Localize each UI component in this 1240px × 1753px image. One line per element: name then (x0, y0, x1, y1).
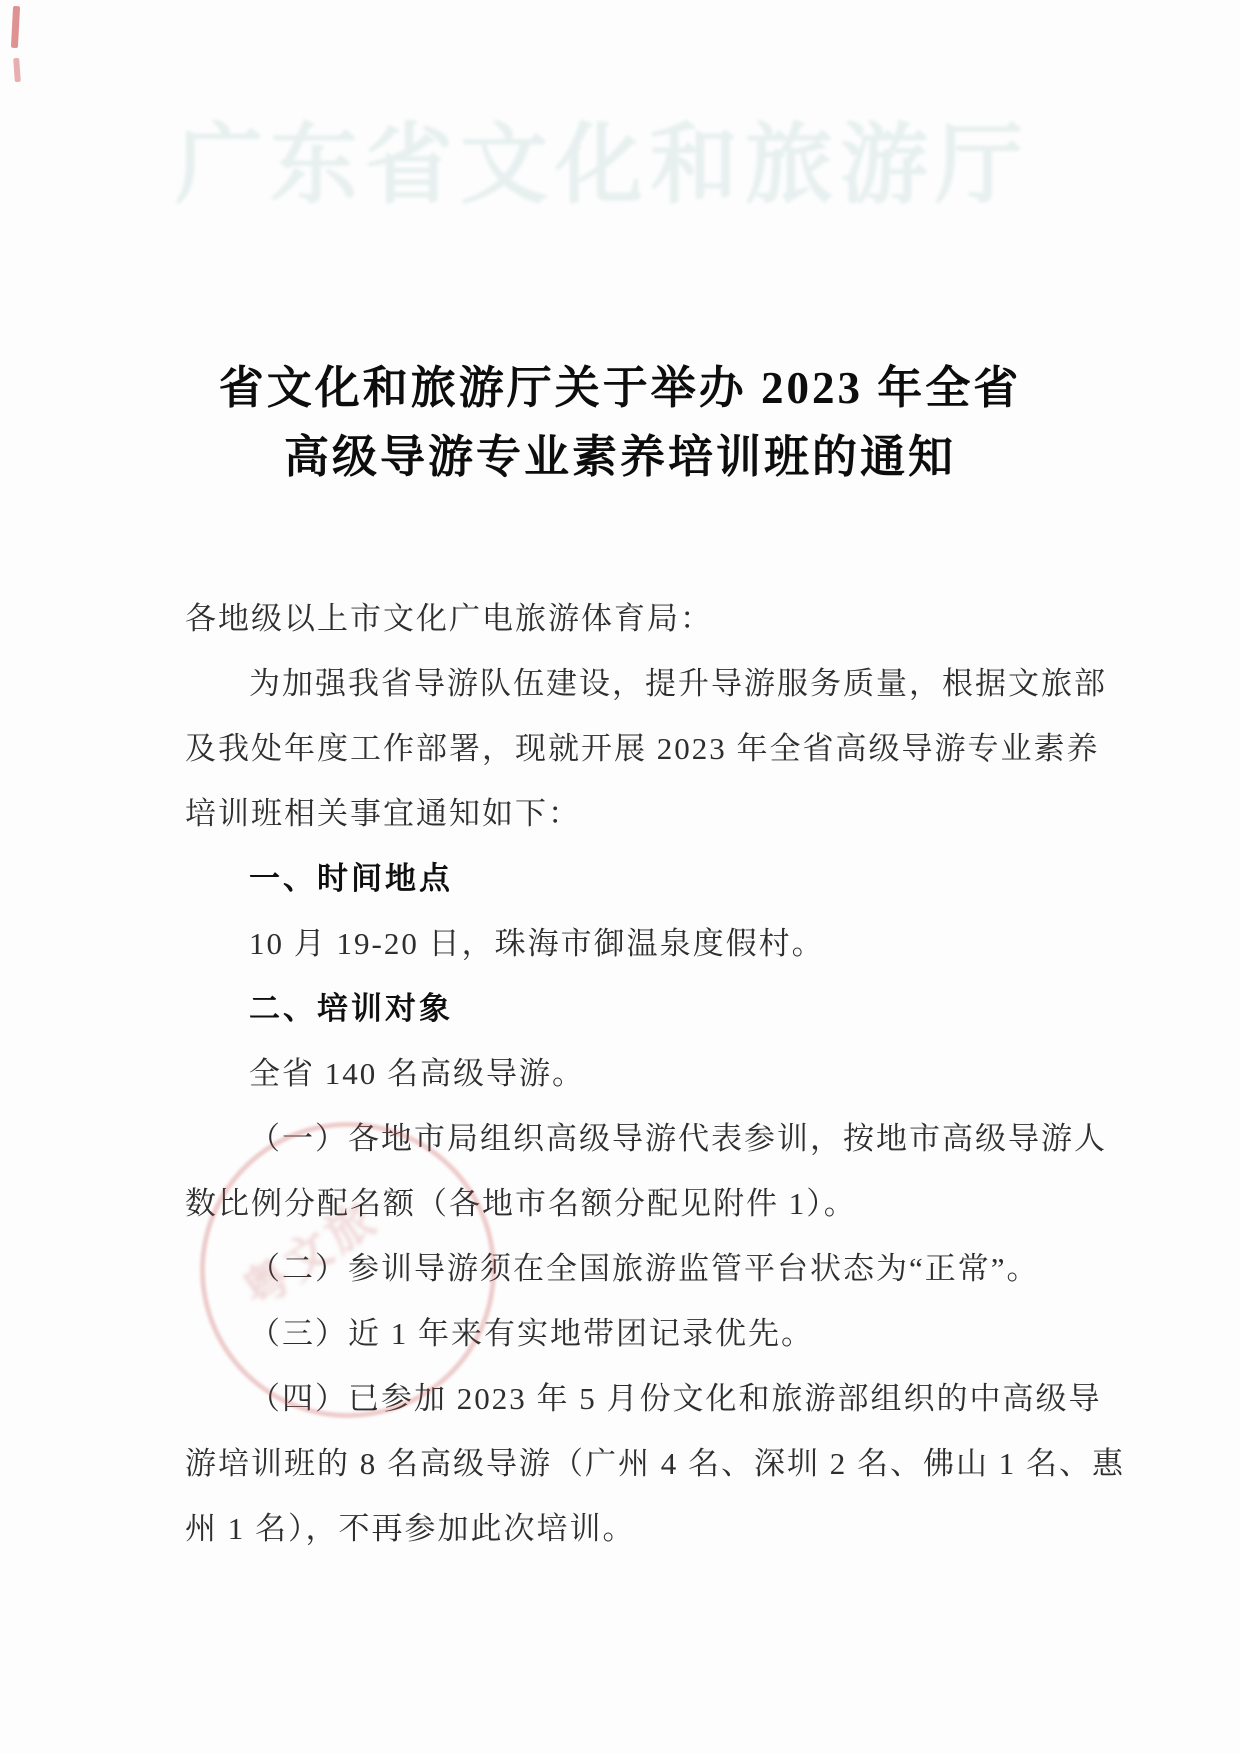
scan-artifact-mark (11, 6, 20, 48)
letterhead-watermark: 广东省文化和旅游厅 (175, 95, 1005, 221)
document-page: 广东省文化和旅游厅 省文化和旅游厅关于举办 2023 年全省 高级导游专业素养培… (0, 0, 1240, 1753)
list-item-2-line: （二）参训导游须在全国旅游监管平台状态为“正常”。 (185, 1233, 1065, 1298)
list-item-1-line: 数比例分配名额（各地市名额分配见附件 1）。 (185, 1168, 1065, 1233)
intro-paragraph-line: 培训班相关事宜通知如下： (185, 778, 1065, 843)
section-time-location-line: 10 月 19-20 日，珠海市御温泉度假村。 (185, 908, 1065, 973)
notice-title-line-1: 省文化和旅游厅关于举办 2023 年全省 (90, 354, 1150, 423)
list-item-4-line: （四）已参加 2023 年 5 月份文化和旅游部组织的中高级导 (185, 1363, 1065, 1428)
notice-title-line-2: 高级导游专业素养培训班的通知 (90, 423, 1150, 492)
list-item-1-line: （一）各地市局组织高级导游代表参训，按地市高级导游人 (185, 1103, 1065, 1168)
salutation-line: 各地级以上市文化广电旅游体育局： (185, 583, 1065, 648)
section-trainees-line: 全省 140 名高级导游。 (185, 1038, 1065, 1103)
section-heading-trainees: 二、培训对象 (185, 973, 1065, 1038)
notice-body: 各地级以上市文化广电旅游体育局： 为加强我省导游队伍建设，提升导游服务质量，根据… (185, 583, 1065, 1558)
list-item-4-line: 州 1 名），不再参加此次培训。 (185, 1493, 1065, 1558)
intro-paragraph-line: 及我处年度工作部署，现就开展 2023 年全省高级导游专业素养 (185, 713, 1065, 778)
section-heading-time-location: 一、时间地点 (185, 843, 1065, 908)
scan-artifact-mark (13, 58, 21, 82)
list-item-4-line: 游培训班的 8 名高级导游（广州 4 名、深圳 2 名、佛山 1 名、惠 (185, 1428, 1065, 1493)
intro-paragraph-line: 为加强我省导游队伍建设，提升导游服务质量，根据文旅部 (185, 648, 1065, 713)
list-item-3-line: （三）近 1 年来有实地带团记录优先。 (185, 1298, 1065, 1363)
notice-title: 省文化和旅游厅关于举办 2023 年全省 高级导游专业素养培训班的通知 (90, 354, 1150, 492)
